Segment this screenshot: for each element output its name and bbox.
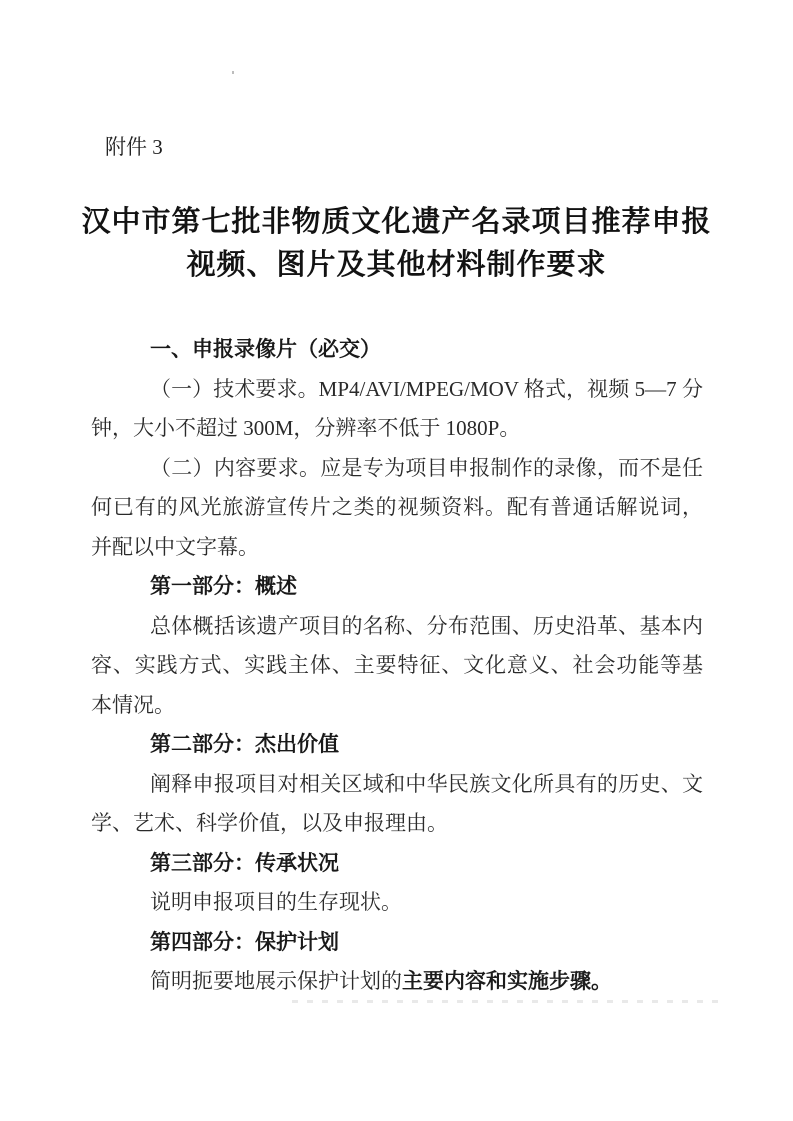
section-heading-part3: 第三部分：传承状况 [91, 844, 703, 884]
para-part2-line-1: 阐释申报项目对相关区域和中华民族文化所具有的历史、文 [91, 765, 703, 805]
para-part4-text-normal: 简明扼要地展示保护计划的 [150, 969, 402, 993]
para-part4-line-1: 简明扼要地展示保护计划的主要内容和实施步骤。 [91, 962, 703, 1002]
para-technical-line-1: （一）技术要求。MP4/AVI/MPEG/MOV 格式，视频 5—7 分 [91, 370, 703, 410]
section-heading-part2: 第二部分：杰出价值 [91, 725, 703, 765]
attachment-label: 附件 3 [105, 135, 163, 159]
scanned-document-page: 附件 3 汉中市第七批非物质文化遗产名录项目推荐申报 视频、图片及其他材料制作要… [0, 0, 793, 1121]
para-part1-line-3: 本情况。 [91, 686, 703, 726]
scan-artifact-speck [232, 71, 234, 74]
document-title: 汉中市第七批非物质文化遗产名录项目推荐申报 视频、图片及其他材料制作要求 [0, 201, 793, 287]
para-part1-line-1: 总体概括该遗产项目的名称、分布范围、历史沿革、基本内 [91, 607, 703, 647]
para-content-line-3: 并配以中文字幕。 [91, 528, 703, 568]
document-title-line-1: 汉中市第七批非物质文化遗产名录项目推荐申报 [0, 201, 793, 244]
para-content-line-2: 何已有的风光旅游宣传片之类的视频资料。配有普通话解说词， [91, 488, 703, 528]
para-part4-text-bold: 主要内容和实施步骤。 [402, 970, 612, 993]
scan-artifact-smudge [292, 1000, 720, 1003]
section-heading-part1: 第一部分：概述 [91, 567, 703, 607]
document-title-line-2: 视频、图片及其他材料制作要求 [0, 244, 793, 287]
section-heading-recording: 一、申报录像片（必交） [91, 330, 703, 370]
para-content-line-1: （二）内容要求。应是专为项目申报制作的录像，而不是任 [91, 449, 703, 489]
para-technical-line-2: 钟，大小不超过 300M，分辨率不低于 1080P。 [91, 409, 703, 449]
para-part1-line-2: 容、实践方式、实践主体、主要特征、文化意义、社会功能等基 [91, 646, 703, 686]
para-part2-line-2: 学、艺术、科学价值，以及申报理由。 [91, 804, 703, 844]
para-part3-line-1: 说明申报项目的生存现状。 [91, 883, 703, 923]
section-heading-part4: 第四部分：保护计划 [91, 923, 703, 963]
document-body: 一、申报录像片（必交） （一）技术要求。MP4/AVI/MPEG/MOV 格式，… [91, 330, 703, 1002]
